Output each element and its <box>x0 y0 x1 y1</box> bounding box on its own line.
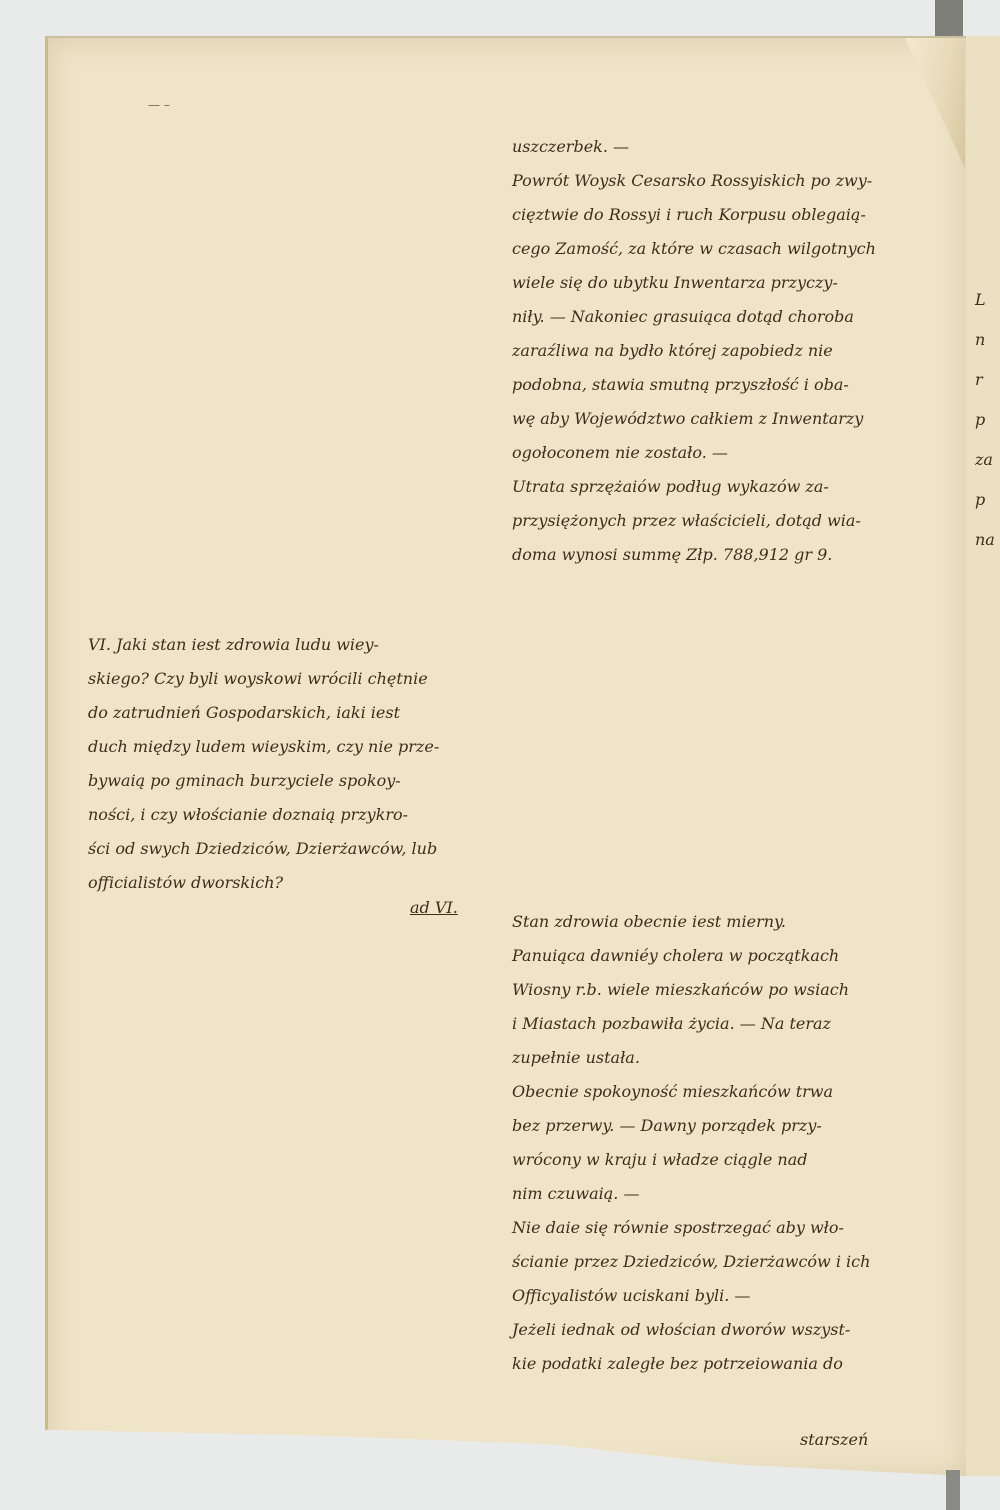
fragment: na <box>975 520 995 560</box>
question-line: do zatrudnień Gospodarskich, iaki iest <box>88 696 498 730</box>
question-line: duch między ludem wieyskim, czy nie prze… <box>88 730 498 764</box>
text-line: zupełnie ustała. <box>512 1041 957 1075</box>
fragment: p <box>975 400 995 440</box>
text-line: cięztwie do Rossyi i ruch Korpusu oblega… <box>512 198 957 232</box>
question-block: VI. Jaki stan iest zdrowia ludu wiey- sk… <box>88 628 498 900</box>
text-line: przysiężonych przez właścicieli, dotąd w… <box>512 504 957 538</box>
question-line: ści od swych Dziedziców, Dzierżawców, lu… <box>88 832 498 866</box>
text-line: nim czuwaią. — <box>512 1177 957 1211</box>
text-line: Nie daie się równie spostrzegać aby wło- <box>512 1211 957 1245</box>
text-line: Officyalistów uciskani byli. — <box>512 1279 957 1313</box>
catchword: starszeń <box>800 1430 868 1449</box>
question-line: ności, i czy włościanie doznaią przykro- <box>88 798 498 832</box>
text-line: Utrata sprzężaiów podług wykazów za- <box>512 470 957 504</box>
text-line: Panuiąca dawniéy cholera w początkach <box>512 939 957 973</box>
bleed-through-text: ⠀ <box>85 135 485 162</box>
answer-reference: ad VI. <box>410 898 458 917</box>
fragment: za <box>975 440 995 480</box>
adjacent-page-fragments: L n r p za p na <box>975 280 995 560</box>
fragment: L <box>975 280 995 320</box>
text-line: podobna, stawia smutną przyszłość i oba- <box>512 368 957 402</box>
text-line: Jeżeli iednak od włościan dworów wszyst- <box>512 1313 957 1347</box>
text-line: wrócony w kraju i władze ciągle nad <box>512 1143 957 1177</box>
fragment: n <box>975 320 995 360</box>
text-line: niły. — Nakoniec grasuiąca dotąd choroba <box>512 300 957 334</box>
text-line: ścianie przez Dziedziców, Dzierżawców i … <box>512 1245 957 1279</box>
text-line: Obecnie spokoyność mieszkańców trwa <box>512 1075 957 1109</box>
text-line: Stan zdrowia obecnie iest mierny. <box>512 905 957 939</box>
fragment: r <box>975 360 995 400</box>
text-line: kie podatki zaległe bez potrzeiowania do <box>512 1347 957 1381</box>
text-line: doma wynosi summę Złp. 788,912 gr 9. <box>512 538 957 572</box>
text-line: i Miastach pozbawiła życia. — Na teraz <box>512 1007 957 1041</box>
question-line: skiego? Czy byli woyskowi wrócili chętni… <box>88 662 498 696</box>
text-line: Wiosny r.b. wiele mieszkańców po wsiach <box>512 973 957 1007</box>
page-mark: — – <box>148 98 170 112</box>
binding-clip-bottom <box>946 1470 960 1510</box>
text-line: wę aby Województwo całkiem z Inwentarzy <box>512 402 957 436</box>
text-line: bez przerwy. — Dawny porządek przy- <box>512 1109 957 1143</box>
adjacent-page-edge <box>963 36 1000 1476</box>
text-line: uszczerbek. — <box>512 130 957 164</box>
text-line: Powrót Woysk Cesarsko Rossyiskich po zwy… <box>512 164 957 198</box>
question-line: bywaią po gminach burzyciele spokoy- <box>88 764 498 798</box>
text-line: zaraźliwa na bydło której zapobiedz nie <box>512 334 957 368</box>
text-line: ogołoconem nie zostało. — <box>512 436 957 470</box>
text-line: cego Zamość, za które w czasach wilgotny… <box>512 232 957 266</box>
text-line: wiele się do ubytku Inwentarza przyczy- <box>512 266 957 300</box>
fragment: p <box>975 480 995 520</box>
answer-continuation-block: uszczerbek. — Powrót Woysk Cesarsko Ross… <box>512 130 957 572</box>
question-line: officialistów dworskich? <box>88 866 498 900</box>
binding-clip-top <box>935 0 963 36</box>
question-line: VI. Jaki stan iest zdrowia ludu wiey- <box>88 628 498 662</box>
answer-block: Stan zdrowia obecnie iest mierny. Panuią… <box>512 905 957 1381</box>
